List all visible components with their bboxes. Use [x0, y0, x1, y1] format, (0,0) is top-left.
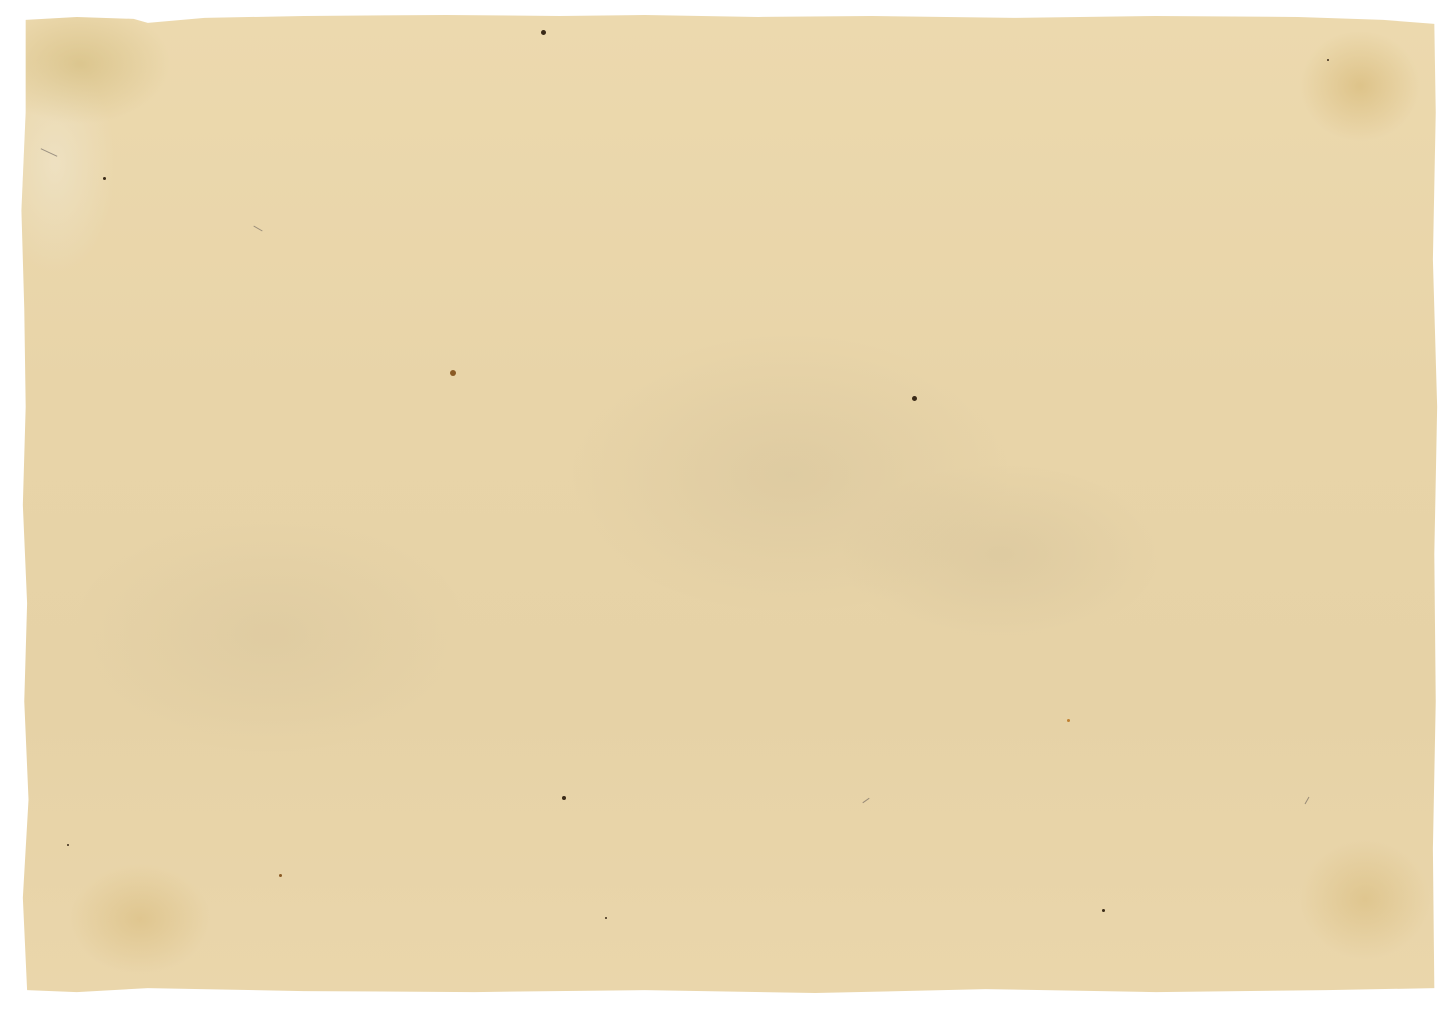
paper-speck [1102, 909, 1105, 912]
paper-speck [1067, 719, 1070, 722]
paper-speck [103, 177, 106, 180]
paper-speck [279, 874, 282, 877]
photo-scene [0, 0, 1452, 1011]
paper-speck [541, 30, 546, 35]
paper-speck [912, 396, 917, 401]
aged-paper-sheet [20, 14, 1440, 996]
paper-speck [562, 796, 566, 800]
paper-speck [450, 370, 456, 376]
